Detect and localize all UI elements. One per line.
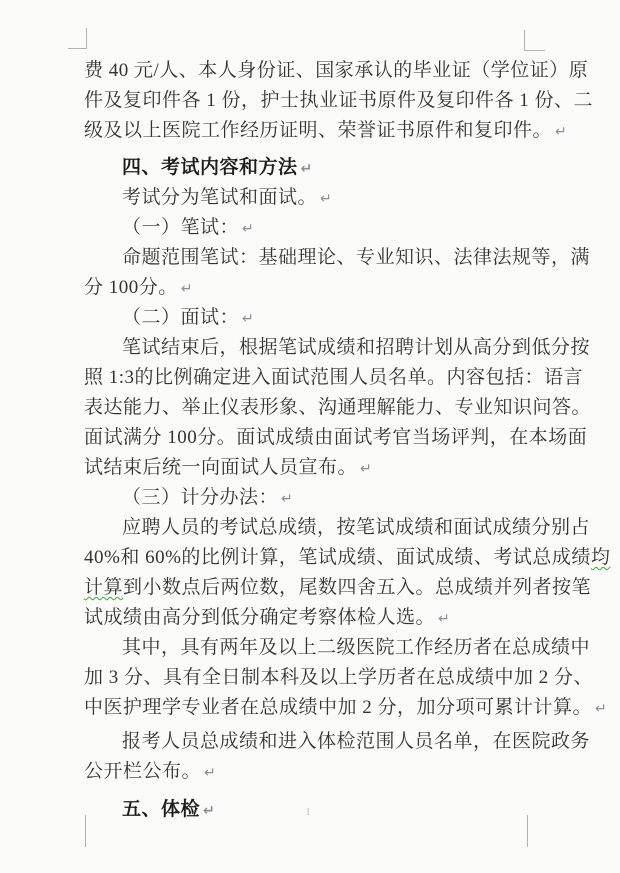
text-run: 考试分为笔试和面试。 [122, 187, 317, 208]
text-line: 命题范围笔试：基础理论、专业知识、法律法规等，满 [84, 243, 546, 273]
paragraph-mark-icon: ↵ [595, 701, 607, 717]
text-line: 照 1:3的比例确定进入面试范围人员名单。内容包括：语言 [84, 363, 546, 393]
page-number: 1 [298, 806, 318, 818]
text-run: 分 100分。 [84, 277, 178, 298]
paragraph-mark-icon: ↵ [181, 281, 193, 297]
text-run: 件及复印件各 1 份，护士执业证书原件及复印件各 1 份、二 [84, 90, 593, 111]
text-body: 费 40 元/人、本人身份证、国家承认的毕业证（学位证）原件及复印件各 1 份，… [84, 56, 546, 825]
text-run: 中医护理学专业者在总成绩中加 2 分，加分项可累计计算。 [84, 697, 592, 718]
text-line: 40%和 60%的比例计算，笔试成绩、面试成绩、考试总成绩均 [84, 543, 546, 573]
text-line: 应聘人员的考试总成绩，按笔试成绩和面试成绩分别占 [84, 513, 546, 543]
text-line: 考试分为笔试和面试。↵ [84, 183, 546, 213]
paragraph-mark-icon: ↵ [301, 161, 313, 177]
text-line: 加 3 分、具有全日制本科及以上学历者在总成绩中加 2 分、 [84, 663, 546, 693]
text-line: 级及以上医院工作经历证明、荣誉证书原件和复印件。↵ [84, 116, 546, 146]
text-line: 试结束后统一向面试人员宣布。↵ [84, 453, 546, 483]
margin-crop-mark-top-left-icon [68, 28, 87, 49]
text-line: （一）笔试：↵ [84, 213, 546, 243]
margin-crop-mark-top-right-icon [524, 30, 545, 51]
text-line: 分 100分。↵ [84, 273, 546, 303]
paragraph-mark-icon: ↵ [203, 803, 215, 819]
paragraph-mark-icon: ↵ [320, 191, 332, 207]
text-line: 试成绩由高分到低分确定考察体检人选。↵ [84, 603, 546, 633]
text-run: 四、考试内容和方法 [122, 157, 298, 178]
text-run: 费 40 元/人、本人身份证、国家承认的毕业证（学位证）原 [84, 60, 588, 81]
text-line: （二）面试：↵ [84, 303, 546, 333]
text-run: 报考人员总成绩和进入体检范围人员名单，在医院政务 [122, 731, 590, 752]
text-line: 四、考试内容和方法↵ [84, 153, 546, 183]
text-line: 面试满分 100分。面试成绩由面试考官当场评判，在本场面 [84, 423, 546, 453]
text-run: 照 1:3的比例确定进入面试范围人员名单。内容包括：语言 [84, 367, 583, 388]
text-run: 表达能力、举止仪表形象、沟通理解能力、专业知识问答。 [84, 397, 591, 418]
text-line: 公开栏公布。↵ [84, 757, 546, 787]
text-line: 费 40 元/人、本人身份证、国家承认的毕业证（学位证）原 [84, 56, 546, 86]
paragraph-mark-icon: ↵ [204, 765, 216, 781]
text-run: 五、体检 [122, 799, 200, 820]
text-line: 其中，具有两年及以上二级医院工作经历者在总成绩中 [84, 633, 546, 663]
text-run: 笔试结束后，根据笔试成绩和招聘计划从高分到低分按 [122, 337, 590, 358]
text-run: （一）笔试： [122, 217, 239, 238]
paragraph-mark-icon: ↵ [281, 491, 293, 507]
text-line: 笔试结束后，根据笔试成绩和招聘计划从高分到低分按 [84, 333, 546, 363]
text-run: （三）计分办法： [122, 487, 278, 508]
paragraph-mark-icon: ↵ [438, 611, 450, 627]
text-run: 应聘人员的考试总成绩，按笔试成绩和面试成绩分别占 [122, 517, 590, 538]
spellcheck-squiggle: 均 [591, 547, 611, 568]
text-run: 加 3 分、具有全日制本科及以上学历者在总成绩中加 2 分、 [84, 667, 593, 688]
text-run: 级及以上医院工作经历证明、荣誉证书原件和复印件。 [84, 120, 552, 141]
text-run: 试成绩由高分到低分确定考察体检人选。 [84, 607, 435, 628]
text-line: 件及复印件各 1 份，护士执业证书原件及复印件各 1 份、二 [84, 86, 546, 116]
paragraph-mark-icon: ↵ [242, 221, 254, 237]
text-run: 命题范围笔试：基础理论、专业知识、法律法规等，满 [122, 247, 590, 268]
text-run: （二）面试： [122, 307, 239, 328]
text-run: 公开栏公布。 [84, 761, 201, 782]
text-run: 面试满分 100分。面试成绩由面试考官当场评判，在本场面 [84, 427, 587, 448]
text-line: 中医护理学专业者在总成绩中加 2 分，加分项可累计计算。↵ [84, 693, 546, 723]
document-page: 费 40 元/人、本人身份证、国家承认的毕业证（学位证）原件及复印件各 1 份，… [0, 0, 620, 873]
text-run: 试结束后统一向面试人员宣布。 [84, 457, 357, 478]
paragraph-mark-icon: ↵ [242, 311, 254, 327]
paragraph-mark-icon: ↵ [555, 124, 567, 140]
paragraph-mark-icon: ↵ [360, 461, 372, 477]
text-line: （三）计分办法：↵ [84, 483, 546, 513]
text-line: 表达能力、举止仪表形象、沟通理解能力、专业知识问答。 [84, 393, 546, 423]
spellcheck-squiggle: 计算 [84, 577, 123, 598]
text-run: 其中，具有两年及以上二级医院工作经历者在总成绩中 [122, 637, 590, 658]
text-line: 报考人员总成绩和进入体检范围人员名单，在医院政务 [84, 727, 546, 757]
text-line: 计算到小数点后两位数，尾数四舍五入。总成绩并列者按笔 [84, 573, 546, 603]
text-run: 40%和 60%的比例计算，笔试成绩、面试成绩、考试总成绩 [84, 547, 591, 568]
text-run: 到小数点后两位数，尾数四舍五入。总成绩并列者按笔 [123, 577, 591, 598]
